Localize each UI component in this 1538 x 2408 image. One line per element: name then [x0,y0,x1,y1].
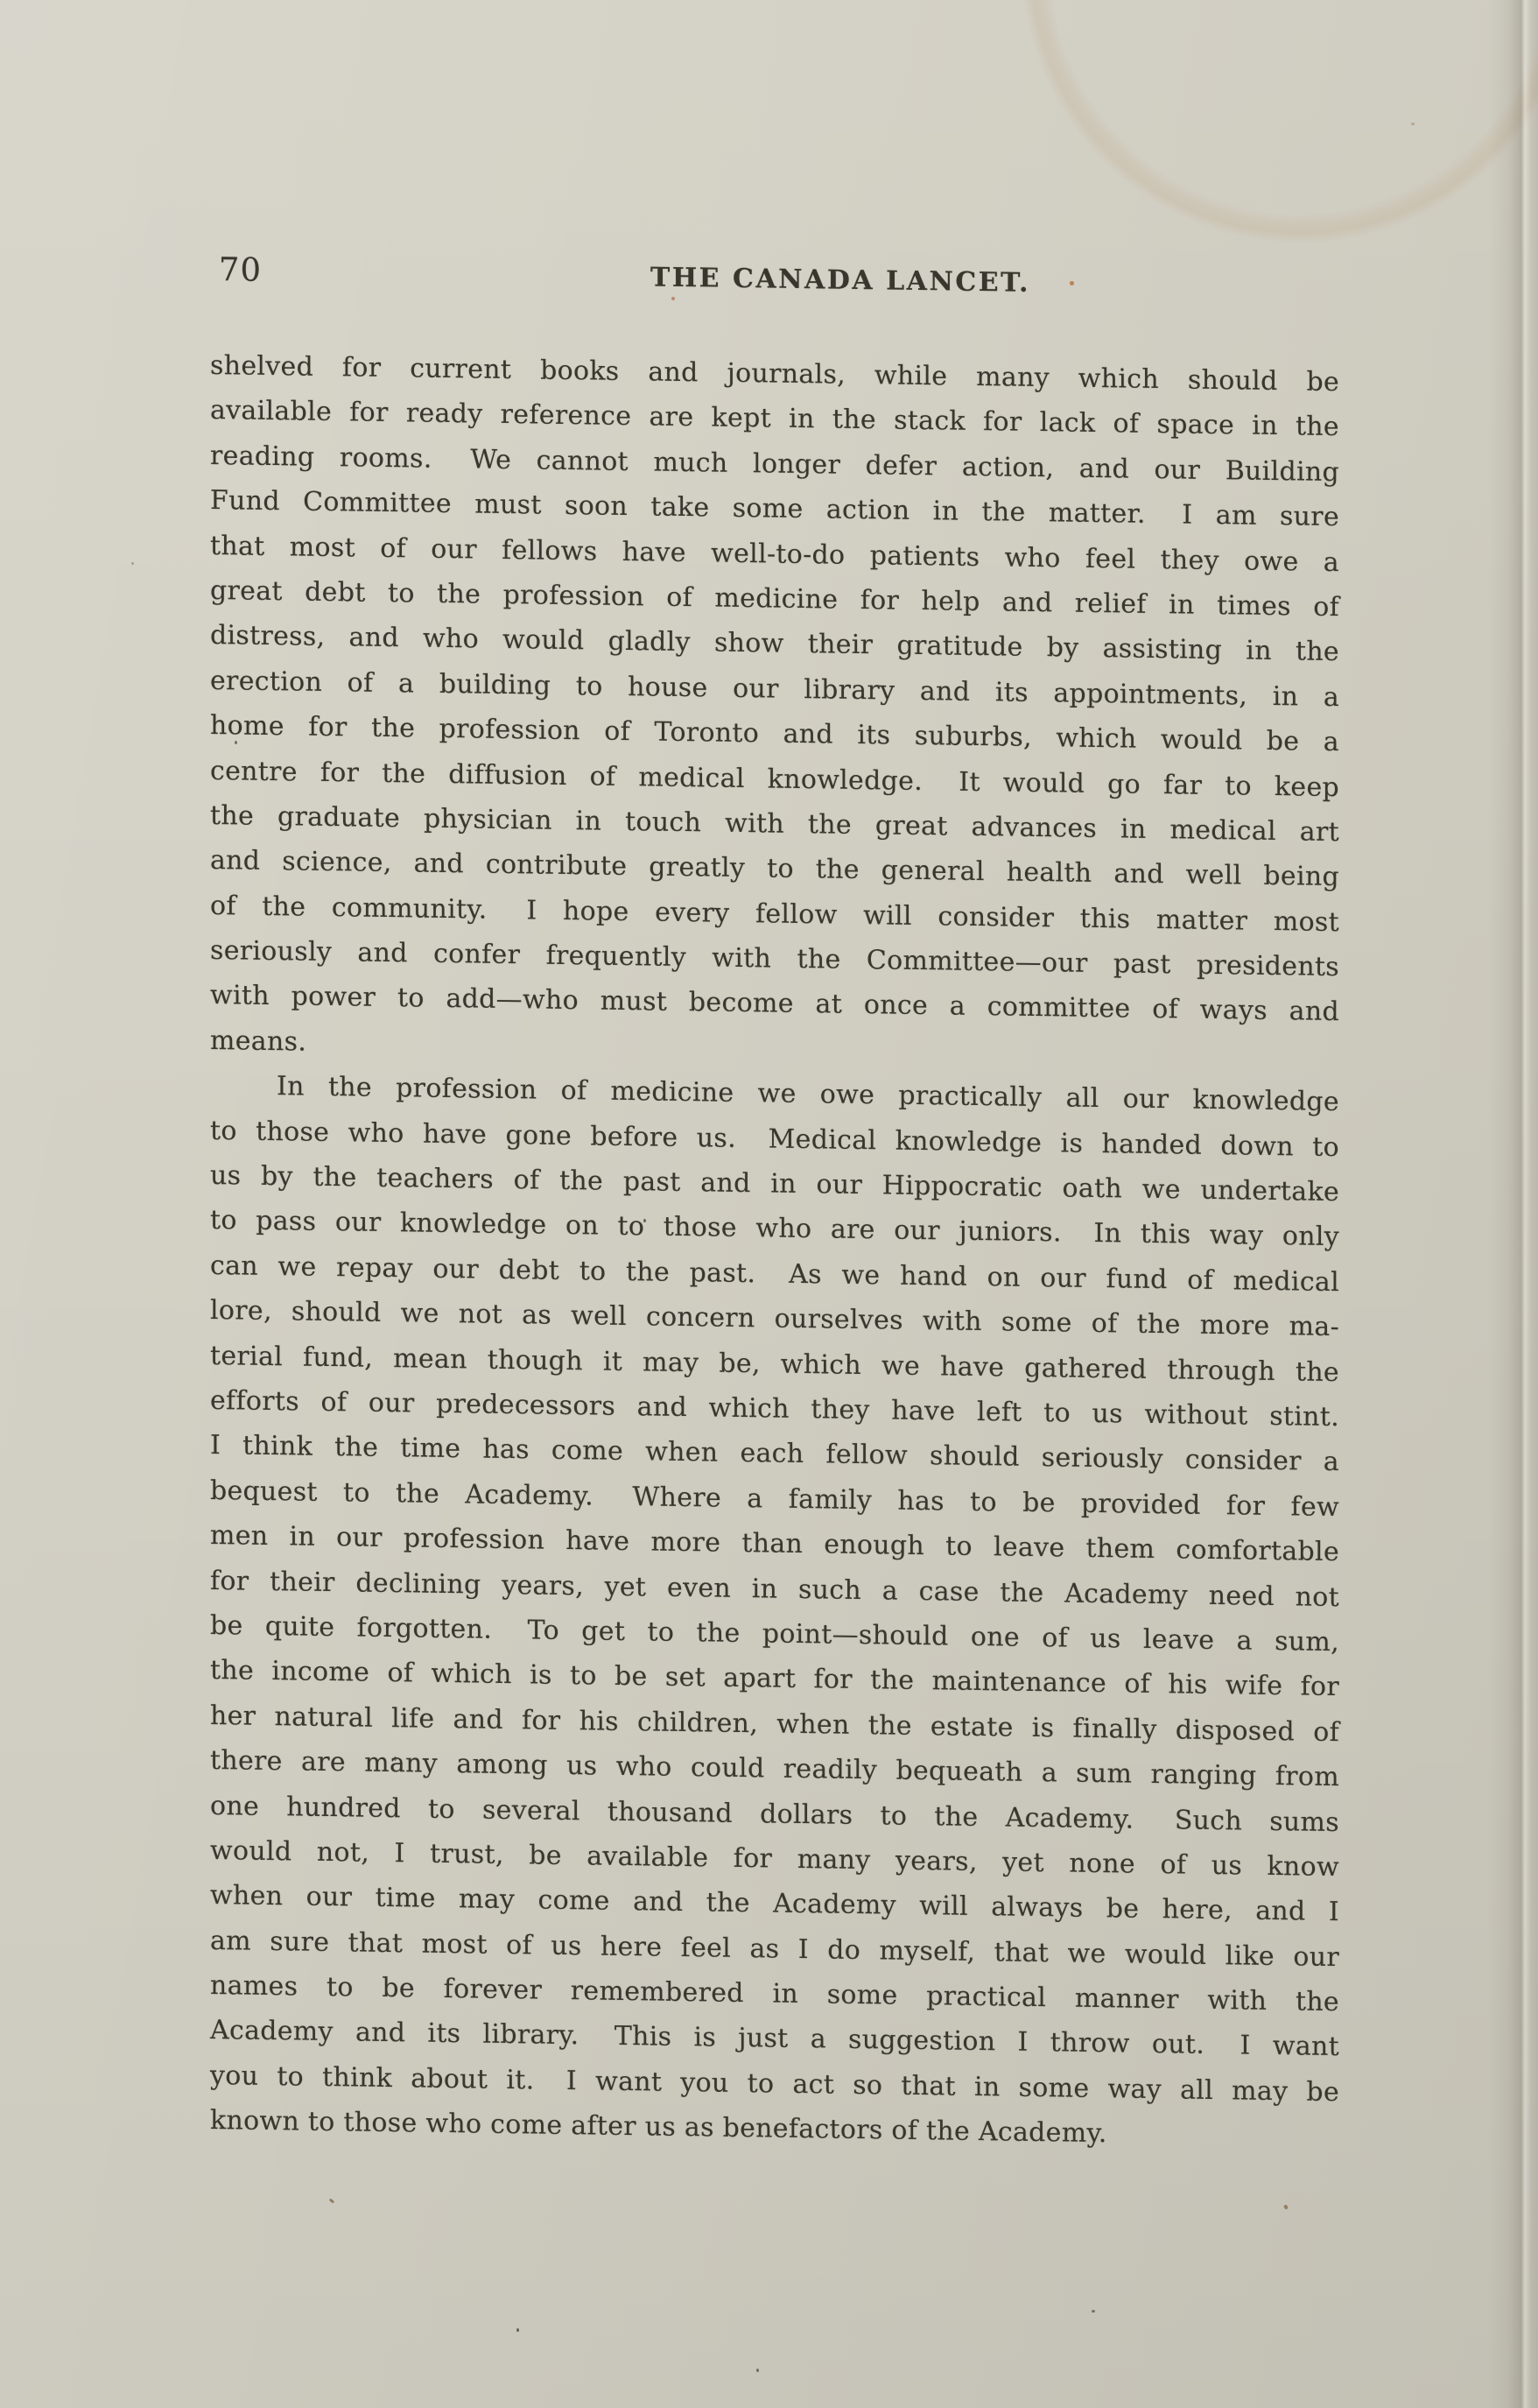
page-edge-shadow [1488,0,1538,2408]
paper-speck [671,297,675,300]
paper-speck [516,2328,519,2332]
paper-speck [1070,281,1074,285]
paper-speck [1283,2204,1289,2209]
paper-speck [1411,123,1415,125]
paper-speck [756,2369,759,2372]
scanned-book-page: 70 THE CANADA LANCET. shelved for curren… [0,0,1538,2408]
print-area: 70 THE CANADA LANCET. shelved for curren… [210,243,1339,2160]
paper-speck [643,1219,646,1222]
paper-speck [329,2198,335,2203]
page-header: 70 THE CANADA LANCET. [210,250,1339,306]
journal-title: THE CANADA LANCET. [650,262,1030,298]
paper-speck [235,741,237,744]
body-text: shelved for current books and journals, … [210,343,1339,2160]
paper-speck [131,562,134,565]
paper-speck [1092,2310,1095,2313]
paper-speck [394,1757,397,1761]
page-number: 70 [219,250,262,289]
